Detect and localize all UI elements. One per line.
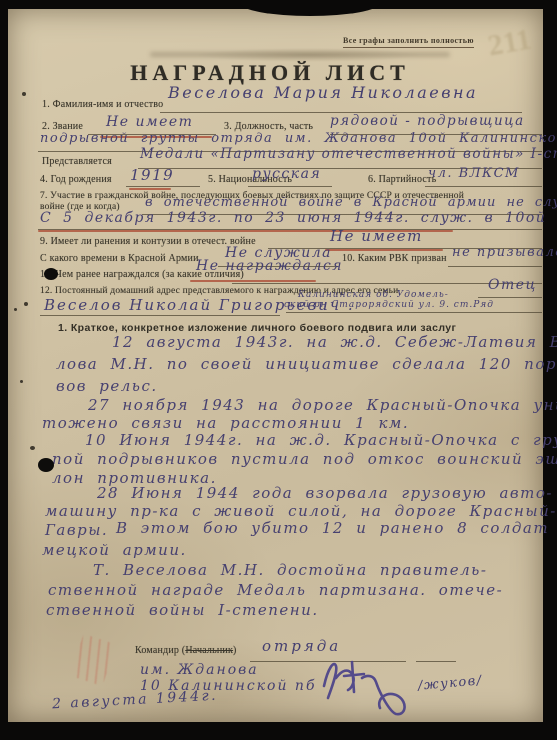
field-rule <box>40 315 280 316</box>
paper-speck <box>24 302 28 306</box>
feat-line: ственной награде Медаль партизана. отече… <box>48 581 503 599</box>
commander-label: Командир (Начальник) <box>135 645 237 656</box>
paper-speck <box>22 92 26 96</box>
red-underline <box>325 249 443 251</box>
feat-line: лова М.Н. по своей инициативе сделала 12… <box>56 355 557 373</box>
field-value-party: чл. ВЛКСМ <box>428 166 520 181</box>
commander-label-pre: Командир ( <box>135 645 185 656</box>
field-value-rank: Не имеет <box>106 114 193 130</box>
field-value-position: рядовой - подрывщица <box>330 113 525 129</box>
feat-line: Гавры. <box>45 521 108 539</box>
field-label-rvk: 10. Каким РВК призван <box>342 253 447 264</box>
field-value-wounds: Не имеет <box>330 227 423 245</box>
paper-speck <box>20 380 23 383</box>
feat-line: ственной войны I-степени. <box>46 601 319 619</box>
field-label-recommended: Представляется <box>42 156 112 167</box>
field-rule <box>286 312 542 313</box>
field-label-wounds: 9. Имеет ли ранения и контузии в отечест… <box>40 236 256 247</box>
feat-line: 27 ноября 1943 на дороге Красный-Опочка … <box>88 396 557 414</box>
feat-line: машину пр-ка с живой силой, на дороге Кр… <box>45 502 557 520</box>
field-value-nationality: русская <box>252 166 321 182</box>
red-underline <box>190 280 316 282</box>
field-value-birthyear: 1919 <box>130 166 174 184</box>
field-label-red-army-since: С какого времени в Красной Армии <box>40 253 199 264</box>
field-value-position-2: подрывной группы отряда им. Жданова 10ой… <box>40 131 557 146</box>
feat-line: 12 августа 1943г. на ж.д. Себеж-Латвия В… <box>112 333 557 351</box>
field-rule <box>425 186 542 187</box>
field-rule <box>416 661 456 662</box>
field-value-rvk: не призывался <box>452 245 557 260</box>
scanned-award-sheet: Все графы заполнить полностью 211 НАГРАД… <box>0 0 557 740</box>
field-value-address-line2: ский рн Старорядский ул. 9. ст.Ряд <box>284 300 494 310</box>
paper-speck <box>14 308 17 311</box>
field-value-name: Веселова Мария Николаевна <box>168 83 478 102</box>
field-value-war-participation: в отечественной войне в Красной армии не… <box>145 195 557 210</box>
field-label-name: 1. Фамилия-имя и отчество <box>42 99 163 110</box>
paper-speck <box>30 446 35 450</box>
feat-line: 28 Июня 1944 года взорвала грузовую авто… <box>97 484 553 502</box>
field-value-recommended: Медали «Партизану отечественной войны» I… <box>140 146 557 162</box>
field-value-prior-awards: Не награждался <box>196 258 343 274</box>
field-value-service-dates: С 5 декабря 1943г. по 23 июня 1944г. слу… <box>40 210 557 226</box>
feat-line: пой подрывников пустила под откос воинск… <box>52 450 557 468</box>
red-underline <box>129 188 171 190</box>
field-rule <box>448 266 542 267</box>
commander-label-struck: Начальник <box>185 645 233 656</box>
feat-line: В этом бою убито 12 и ранено 8 солдат не… <box>116 519 557 537</box>
feat-line: 10 Июня 1944г. на ж.д. Красный-Опочка с … <box>85 431 557 449</box>
field-value-address-line1: Калининская об. Удомель- <box>298 290 449 300</box>
commander-label-post: ) <box>233 645 237 656</box>
field-rule <box>126 186 200 187</box>
feat-line: тожено связи на расстоянии 1 км. <box>42 414 409 432</box>
field-rule <box>478 297 542 298</box>
field-label-birthyear: 4. Год рождения <box>40 174 112 185</box>
punch-hole <box>44 268 58 280</box>
field-value-father: Отец <box>488 277 537 293</box>
signature-flourish <box>318 648 422 722</box>
punch-hole <box>38 458 54 472</box>
feat-line: Т. Веселова М.Н. достойна правитель- <box>93 561 487 579</box>
feat-line: вов рельс. <box>56 377 158 395</box>
commander-unit-name: им. Жданова <box>140 662 259 678</box>
field-label-party: 6. Партийность <box>368 174 436 185</box>
field-rule <box>248 186 332 187</box>
fill-all-fields-note: Все графы заполнить полностью <box>343 36 474 48</box>
feat-line: мецкой армии. <box>42 541 187 559</box>
ink-smudge <box>150 52 450 57</box>
